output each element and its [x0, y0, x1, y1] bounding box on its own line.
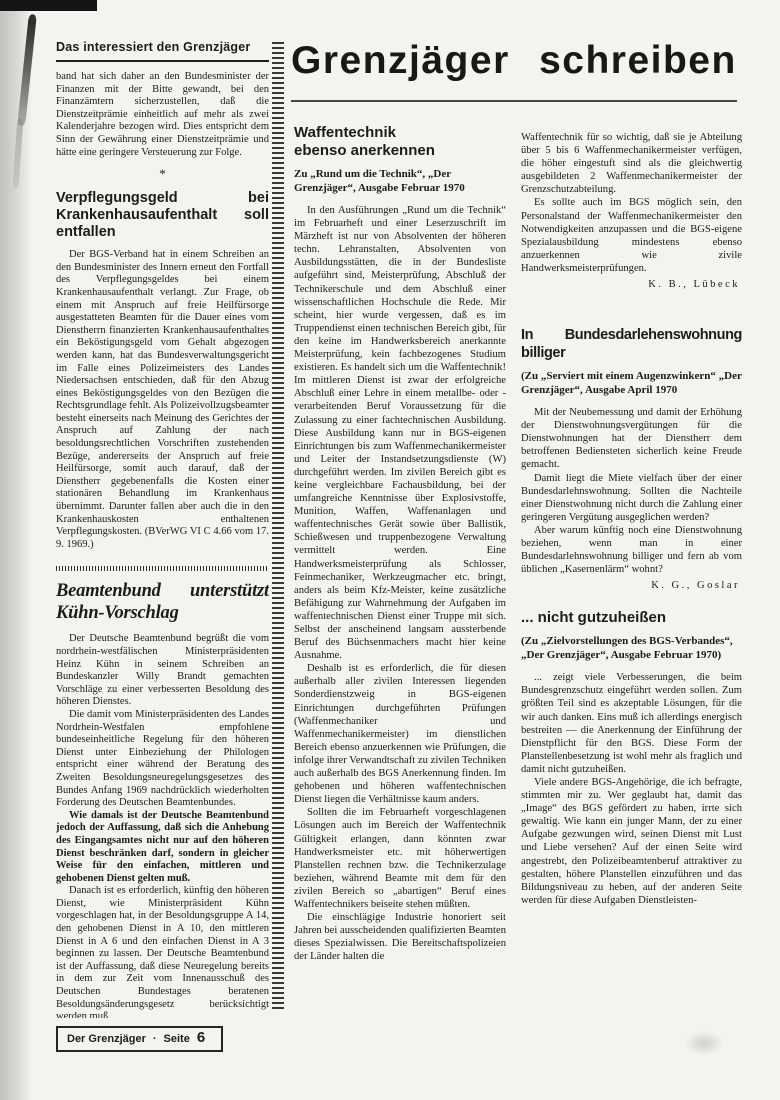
article-heading: ... nicht gutzuheißen — [521, 609, 742, 627]
right-column: Waffentechnik für so wichtig, daß sie je… — [521, 131, 742, 1061]
article-subheading: (Zu „Zielvorstellungen des BGS-Verbandes… — [521, 634, 742, 662]
paragraph: Die einschlägige Industrie honoriert sei… — [294, 911, 506, 963]
section-headline: Grenzjäger schreiben — [291, 38, 746, 84]
heading-line: Waffentechnik — [294, 124, 396, 141]
paragraph: Aber warum künftig noch eine Dienstwohnu… — [521, 524, 742, 576]
paragraph-emphasis: Wie damals ist der Deutsche Beamtenbund … — [56, 810, 269, 886]
article-heading: Waffentechnik ebenso anerkennen — [294, 124, 506, 160]
left-column: Das interessiert den Grenzjäger band hat… — [56, 40, 269, 1018]
article-subheading: Zu „Rund um die Technik“, „Der Grenzjäge… — [294, 167, 506, 195]
paragraph: Damit liegt die Miete vielfach über der … — [521, 472, 742, 524]
paragraph: Viele andere BGS-Angehörige, die ich bef… — [521, 776, 742, 907]
paragraph: Waffentechnik für so wichtig, daß sie je… — [521, 131, 742, 196]
article-heading: Beamtenbund unterstützt Kühn-Vorschlag — [56, 581, 269, 624]
paragraph: Mit der Neubemessung und damit der Erhöh… — [521, 406, 742, 471]
paragraph: Der BGS-Verband hat in einem Schreiben a… — [56, 249, 269, 551]
scan-edge-bar — [0, 0, 97, 11]
page-number: 6 — [197, 1030, 205, 1045]
page-footer-box: Der Grenzjäger · Seite 6 — [56, 1026, 223, 1052]
article-heading: Verpflegungsgeld bei Krankenhausaufentha… — [56, 190, 269, 241]
section-separator-star: * — [56, 166, 269, 181]
middle-column: Waffentechnik ebenso anerkennen Zu „Rund… — [294, 122, 506, 1064]
paragraph: ... zeigt viele Verbesserungen, die beim… — [521, 671, 742, 776]
publication-name: Der Grenzjäger — [67, 1032, 146, 1047]
heading-line: ebenso anerkennen — [294, 142, 435, 159]
paragraph: Deshalb ist es erforderlich, die für die… — [294, 662, 506, 806]
article-subheading: (Zu „Serviert mit einem Augenzwinkern“ „… — [521, 369, 742, 397]
paragraph: Sollten die im Februarheft vorgeschlagen… — [294, 806, 506, 911]
column-kicker: Das interessiert den Grenzjäger — [56, 40, 269, 62]
paragraph: In den Ausführungen „Rund um die Technik… — [294, 204, 506, 662]
letter-signature: K. B., Lübeck — [521, 278, 740, 292]
article-heading: In Bundesdarlehenswohnung billiger — [521, 326, 742, 362]
headline-rule — [291, 100, 737, 102]
page-label: Seite — [164, 1032, 190, 1047]
column-divider-hatch — [272, 42, 284, 1010]
letter-signature: K. G., Goslar — [521, 579, 740, 593]
paragraph: Die damit vom Ministerpräsidenten des La… — [56, 709, 269, 810]
paragraph: Es sollte auch im BGS möglich sein, den … — [521, 196, 742, 275]
paragraph: Der Deutsche Beamtenbund begrüßt die vom… — [56, 633, 269, 709]
dotted-rule — [56, 566, 269, 571]
footer-separator: · — [153, 1032, 157, 1047]
paragraph: Danach ist es erforderlich, künftig den … — [56, 885, 269, 1018]
newspaper-page: { "page": { "headline": "Grenzjäger schr… — [0, 0, 780, 1100]
paragraph: band hat sich daher an den Bundesministe… — [56, 71, 269, 159]
